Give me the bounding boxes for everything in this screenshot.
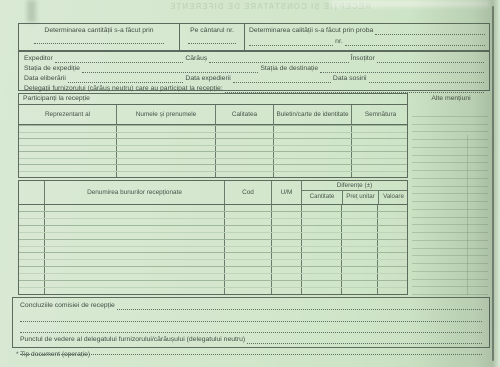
goods-row bbox=[19, 246, 407, 253]
concluzii-fill bbox=[117, 302, 482, 310]
concluzii-line2 bbox=[20, 314, 482, 322]
col-valoare: Valoare bbox=[378, 191, 408, 204]
qty-determination-label: Determinarea cantității s-a făcut prin bbox=[44, 27, 153, 35]
data-expedierii-fill bbox=[233, 75, 331, 83]
quality-determination-label: Determinarea calității s-a făcut prin pr… bbox=[249, 27, 373, 35]
qty-determination-cell: Determinarea cantității s-a făcut prin bbox=[19, 24, 179, 50]
goods-header-row: Denumirea bunurilor recepționate Cod U/M… bbox=[19, 181, 407, 205]
col-semnatura: Semnătura bbox=[351, 105, 409, 124]
scale-fill-line bbox=[188, 35, 236, 44]
delegati-fill bbox=[225, 85, 484, 93]
col-denumire: Denumirea bunurilor recepționate bbox=[44, 181, 224, 204]
col-nr bbox=[19, 181, 44, 204]
shipping-section: Expeditor Cărăuș Însoțitor Stația de exp… bbox=[18, 51, 490, 91]
punct-vedere-label: Punctul de vedere al delegatului furnizo… bbox=[20, 336, 245, 344]
scale-cell: Pe cântarul nr. bbox=[179, 24, 244, 50]
col-calitatea: Calitatea bbox=[215, 105, 273, 124]
page-edge-line bbox=[492, 6, 494, 361]
caraus-fill bbox=[209, 55, 348, 63]
data-sosirii-fill bbox=[369, 75, 484, 83]
goods-row bbox=[19, 266, 407, 273]
quality-determination-cell: Determinarea calității s-a făcut prin pr… bbox=[244, 24, 489, 50]
quality-fill-line2 bbox=[249, 38, 333, 46]
quality-nr-fill-line bbox=[345, 38, 485, 46]
scan-shadow-streak bbox=[27, 0, 36, 22]
goods-body bbox=[19, 205, 407, 294]
diff-group-label: Diferențe (±) bbox=[302, 181, 407, 191]
quality-fill-line bbox=[375, 27, 485, 35]
expeditor-fill bbox=[55, 55, 184, 63]
participants-table: Participanți la recepție Reprezentant al… bbox=[18, 93, 408, 178]
determination-section: Determinarea cantității s-a făcut prin P… bbox=[18, 23, 490, 51]
alte-mentiuni-vline bbox=[467, 135, 468, 295]
alte-mentiuni-lines bbox=[412, 109, 488, 295]
goods-row bbox=[19, 273, 407, 280]
goods-row bbox=[19, 218, 407, 225]
alte-mentiuni-label: Alte mențiuni bbox=[412, 95, 490, 103]
conclusions-section: Concluziile comisiei de recepție Punctul… bbox=[12, 297, 490, 348]
col-nume: Numele și prenumele bbox=[116, 105, 215, 124]
col-buletin: Buletin/carte de identitate bbox=[273, 105, 351, 124]
goods-row bbox=[19, 211, 407, 218]
data-eliberarii-label: Data eliberării bbox=[24, 75, 66, 83]
col-pret-unitar: Preț unitar bbox=[342, 191, 378, 204]
alte-mentiuni-section: Alte mențiuni bbox=[412, 95, 490, 295]
caraus-label: Cărăuș bbox=[185, 55, 207, 63]
participants-title: Participanți la recepție bbox=[19, 94, 407, 105]
col-um: U/M bbox=[271, 181, 301, 204]
data-expedierii-label: Data expedierii bbox=[185, 75, 230, 83]
goods-row bbox=[19, 287, 407, 294]
participant-row bbox=[19, 171, 407, 178]
data-sosirii-label: Data sosirii bbox=[333, 75, 367, 83]
statia-expeditie-label: Stația de expediție bbox=[24, 65, 80, 73]
goods-row bbox=[19, 280, 407, 287]
concluzii-line3 bbox=[20, 325, 482, 333]
diff-group: Diferențe (±) Cantitate Preț unitar Valo… bbox=[301, 181, 407, 204]
col-reprezentant: Reprezentant al bbox=[19, 105, 116, 124]
expeditor-label: Expeditor bbox=[24, 55, 53, 63]
data-eliberarii-fill bbox=[68, 75, 183, 83]
diff-subheaders: Cantitate Preț unitar Valoare bbox=[302, 191, 407, 204]
statia-expeditie-fill bbox=[82, 65, 258, 73]
participants-body bbox=[19, 125, 407, 177]
statia-destinatie-fill bbox=[320, 65, 484, 73]
scale-label: Pe cântarul nr. bbox=[190, 27, 234, 35]
scan-highlight bbox=[330, 0, 490, 7]
goods-row bbox=[19, 232, 407, 239]
footnote-tip-document: * Tip document (operație) bbox=[16, 351, 90, 358]
concluzii-label: Concluziile comisiei de recepție bbox=[20, 302, 115, 310]
goods-row bbox=[19, 225, 407, 232]
punct-vedere-fill bbox=[247, 336, 482, 344]
delegati-label: Delegații furnizorului (cărăuș neutru) c… bbox=[24, 85, 223, 93]
col-cantitate: Cantitate bbox=[302, 191, 342, 204]
qty-fill-line bbox=[34, 35, 163, 44]
scanned-form-page: RECEPȚIE ȘI CONSTATARE DE DIFERENȚE Dete… bbox=[0, 0, 500, 367]
statia-destinatie-label: Stația de destinație bbox=[260, 65, 318, 73]
quality-nr-label: nr. bbox=[335, 38, 343, 46]
col-cod: Cod bbox=[224, 181, 271, 204]
participants-header-row: Reprezentant al Numele și prenumele Cali… bbox=[19, 105, 407, 125]
goods-row bbox=[19, 252, 407, 259]
goods-row bbox=[19, 259, 407, 266]
insotitor-label: Însoțitor bbox=[351, 55, 375, 63]
goods-table: Denumirea bunurilor recepționate Cod U/M… bbox=[18, 180, 408, 295]
insotitor-fill bbox=[377, 55, 484, 63]
goods-row bbox=[19, 239, 407, 246]
